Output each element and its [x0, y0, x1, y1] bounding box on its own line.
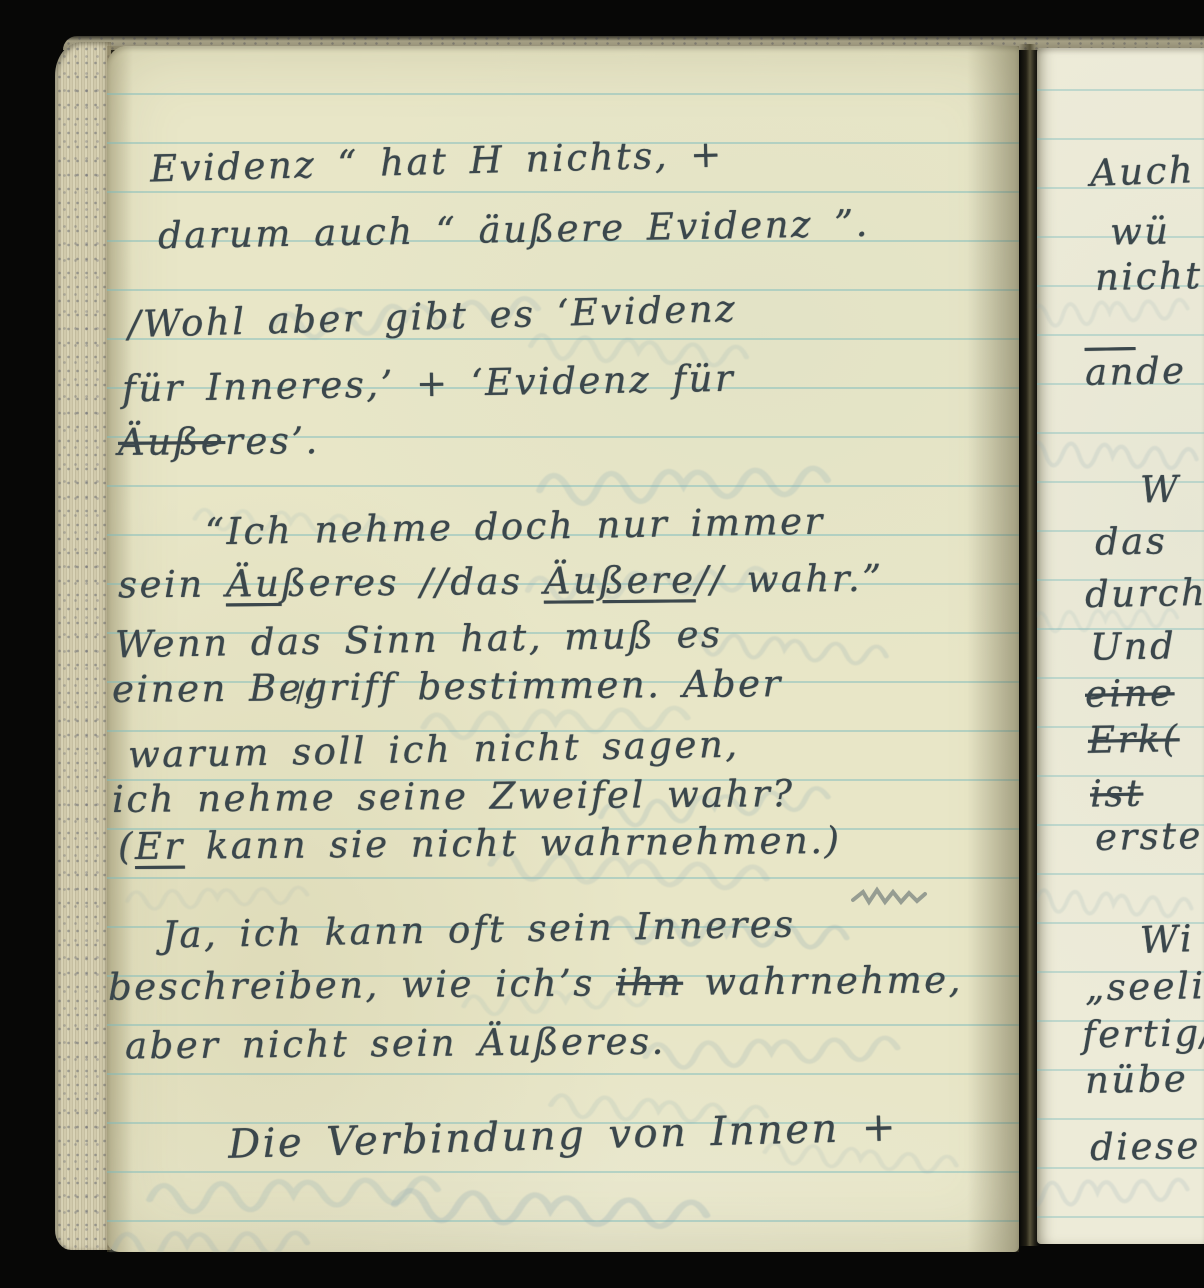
handwriting-segment: “Ich nehme doch nur immer [205, 500, 825, 554]
handwriting-segment: ßeres //das [281, 560, 544, 605]
handwriting-line: nübe [1085, 1057, 1189, 1103]
faint-scribble-mark [851, 884, 931, 910]
handwriting-line: aber nicht sein Äußeres. [125, 1020, 666, 1069]
handwriting-segment: wü [1110, 209, 1171, 253]
handwriting-line: warum soll ich nicht sagen, [128, 723, 740, 778]
gutter-crease [1019, 44, 1039, 1246]
handwriting-segment: Äußere [544, 558, 696, 602]
handwriting-segment: Ja, ich kann oft sein Inneres [162, 902, 796, 956]
handwriting-line: Und [1090, 624, 1177, 670]
right-page-handwriting: AuchwünichtandeWdasdurchUndeineErk(ister… [1037, 48, 1204, 1244]
handwriting-line: ich nehme seine Zweifel wahr? [112, 772, 795, 822]
handwriting-line: Auch [1089, 148, 1196, 196]
handwriting-line: (Er kann sie nicht wahrnehmen.) [118, 819, 842, 870]
handwriting-segment: diese [1090, 1124, 1202, 1169]
handwriting-segment: nübe [1085, 1057, 1189, 1102]
handwriting-segment: ( [118, 825, 135, 868]
handwriting-segment: Äuße [118, 420, 226, 464]
handwriting-segment: Erk( [1088, 717, 1180, 762]
handwriting-line: Ja, ich kann oft sein Inneres [162, 902, 796, 957]
handwriting-line: beschreiben, wie ich’s ihn wahrnehme, [108, 958, 963, 1010]
handwriting-line: nicht [1095, 254, 1203, 300]
handwriting-line: sein Äußeres //das Äußere// wahr.” [118, 557, 884, 608]
handwriting-line: Wenn das Sinn hat, muß es [115, 613, 723, 668]
handwriting-segment: ist [1090, 772, 1144, 816]
handwriting-line: das [1095, 519, 1168, 565]
handwriting-segment: /Wohl aber gibt es ‘Evidenz [128, 287, 738, 346]
book: Evidenz “ hat H nichts, +darum auch “ äu… [55, 36, 1204, 1246]
handwriting-segment: fertig/e [1082, 1011, 1204, 1057]
handwriting-line: fertig/e [1082, 1011, 1204, 1058]
handwriting-segment: für Inneres,’ + ‘Evidenz für [122, 357, 736, 411]
handwriting-segment: // wahr.” [695, 557, 883, 602]
right-page: AuchwünichtandeWdasdurchUndeineErk(ister… [1037, 48, 1204, 1244]
handwriting-segment: Er [135, 825, 185, 868]
handwriting-segment: Wenn das Sinn hat, muß es [115, 613, 723, 667]
handwriting-segment: ich nehme seine Zweifel wahr? [112, 772, 795, 821]
handwriting-segment: ihn [616, 961, 683, 1005]
handwriting-line: einen Begriff bestimmen. Aber [112, 662, 783, 712]
handwriting-segment: W [1140, 468, 1181, 512]
handwriting-segment: Wi [1139, 917, 1195, 962]
handwriting-line: erste [1095, 814, 1204, 860]
handwriting-segment: kann sie nicht wahrnehmen.) [184, 819, 841, 868]
handwriting-line: durch [1085, 571, 1204, 618]
handwriting-segment: eine [1085, 671, 1175, 716]
notebook-photo: Evidenz “ hat H nichts, +darum auch “ äu… [0, 0, 1204, 1288]
handwriting-segment: an [1085, 350, 1137, 394]
handwriting-line: “Ich nehme doch nur immer [205, 500, 825, 555]
handwriting-line: Wi [1139, 917, 1195, 963]
handwriting-line: /Wohl aber gibt es ‘Evidenz [128, 287, 738, 347]
left-page: Evidenz “ hat H nichts, +darum auch “ äu… [107, 46, 1019, 1252]
handwriting-segment: nicht [1095, 254, 1203, 299]
handwriting-segment: warum soll ich nicht sagen, [128, 723, 740, 777]
handwriting-line: ande [1085, 349, 1187, 395]
handwriting-segment: darum auch “ äußere Evidenz ”. [158, 202, 871, 257]
handwriting-line: diese [1090, 1124, 1202, 1170]
handwriting-line: W [1140, 468, 1181, 513]
handwriting-line: darum auch “ äußere Evidenz ”. [158, 202, 871, 259]
handwriting-segment: „seelis [1085, 964, 1204, 1009]
handwriting-segment: das [1095, 519, 1168, 563]
handwriting-segment: beschreiben, wie ich’s [108, 961, 616, 1008]
handwriting-line: Äußeres’. [118, 419, 320, 465]
handwriting-line: eine [1085, 671, 1175, 717]
handwriting-segment: Äu [226, 562, 282, 605]
handwriting-line: Erk( [1088, 717, 1180, 763]
handwriting-line: Die Verbindung von Innen + [227, 1103, 898, 1169]
handwriting-segment: Die Verbindung von Innen + [228, 1104, 899, 1168]
handwriting-line: für Inneres,’ + ‘Evidenz für [122, 357, 736, 412]
handwriting-line: „seelis [1085, 964, 1204, 1011]
handwriting-segment: aber nicht sein Äußeres. [125, 1020, 666, 1068]
handwriting-segment: durch [1085, 571, 1204, 616]
handwriting-line: wü [1110, 209, 1171, 254]
left-page-handwriting: Evidenz “ hat H nichts, +darum auch “ äu… [107, 46, 1019, 1252]
handwriting-segment: Auch [1089, 148, 1196, 195]
handwriting-segment: Und [1090, 624, 1177, 668]
handwriting-segment: sein [118, 562, 226, 606]
handwriting-segment: res’. [225, 419, 320, 463]
handwriting-segment: Evidenz “ hat H nichts, + [150, 132, 725, 190]
handwriting-segment: de [1136, 349, 1187, 393]
handwriting-line: Evidenz “ hat H nichts, + [150, 132, 725, 191]
handwriting-segment: erste [1095, 814, 1204, 859]
handwriting-segment: einen Begriff bestimmen. Aber [112, 662, 783, 711]
handwriting-segment: wahrnehme, [683, 958, 963, 1003]
page-edge-stack [55, 42, 111, 1250]
handwriting-line: ist [1090, 772, 1144, 817]
